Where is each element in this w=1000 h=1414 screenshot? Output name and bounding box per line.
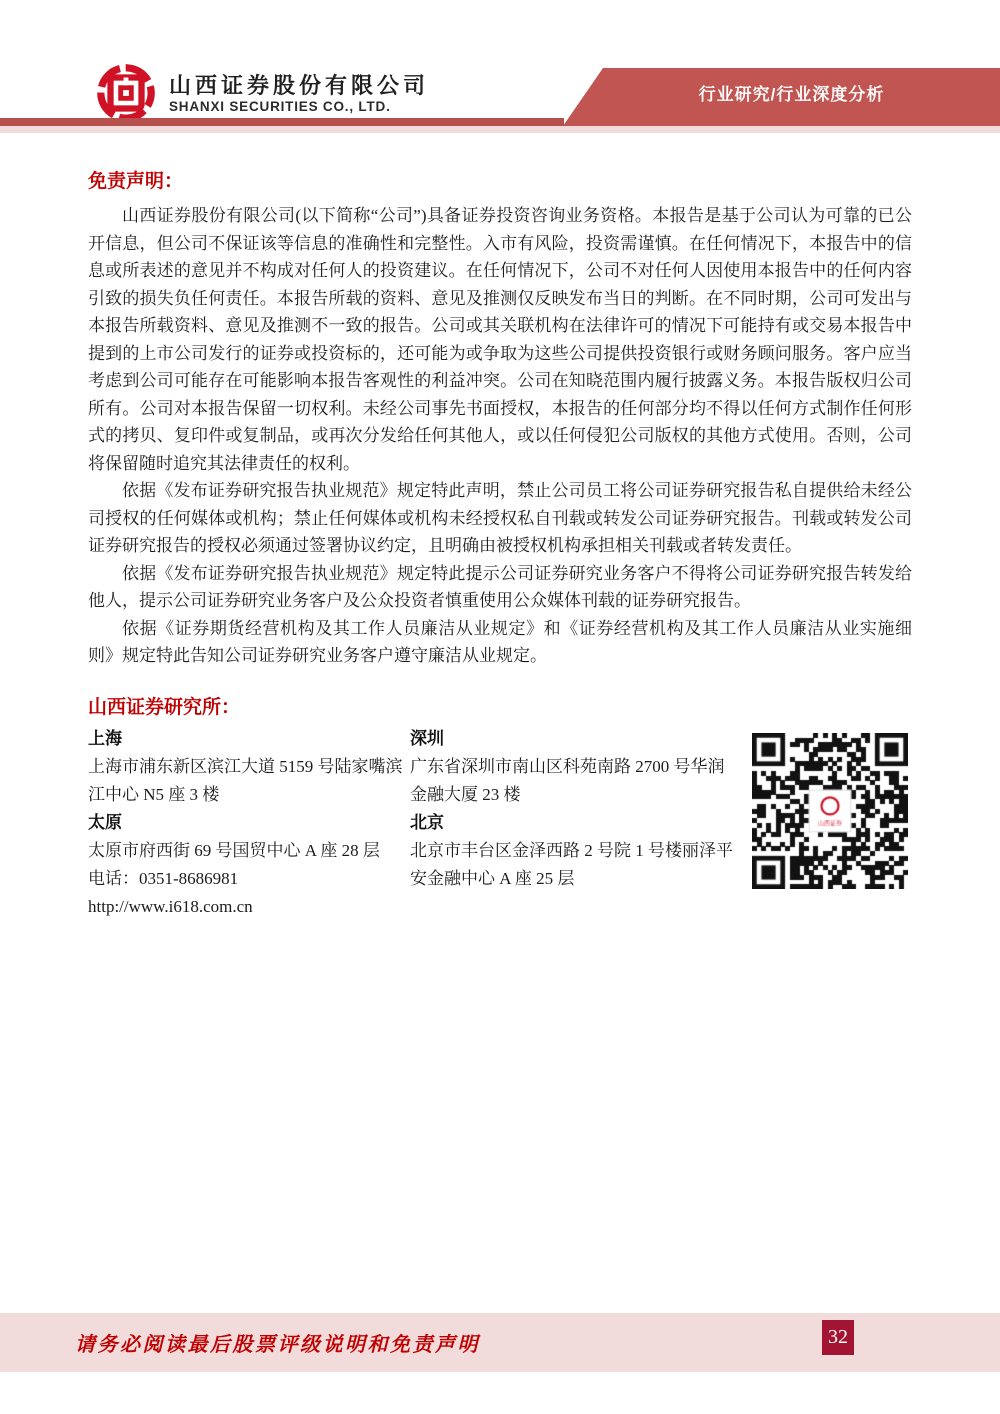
header-rule-red bbox=[0, 118, 564, 126]
office-city: 北京 bbox=[410, 809, 740, 837]
disclaimer-paragraph: 依据《证券期货经营机构及其工作人员廉洁从业规定》和《证券经营机构及其工作人员廉洁… bbox=[88, 615, 912, 670]
office-address: 太原市府西街 69 号国贸中心 A 座 28 层 bbox=[88, 837, 410, 865]
office-city: 太原 bbox=[88, 809, 410, 837]
office-shanghai: 上海 上海市浦东新区滨江大道 5159 号陆家嘴滨江中心 N5 座 3 楼 bbox=[88, 725, 410, 809]
company-name-cn: 山西证券股份有限公司 bbox=[169, 72, 429, 100]
disclaimer-paragraph: 依据《发布证券研究报告执业规范》规定特此提示公司证券研究业务客户不得将公司证券研… bbox=[88, 560, 912, 615]
disclaimer-heading: 免责声明： bbox=[88, 166, 912, 193]
qrcode-canvas bbox=[752, 733, 908, 889]
office-address: 北京市丰台区金泽西路 2 号院 1 号楼丽泽平安金融中心 A 座 25 层 bbox=[410, 837, 740, 893]
disclaimer-paragraph: 山西证券股份有限公司(以下简称“公司”)具备证券投资咨询业务资格。本报告是基于公… bbox=[88, 202, 912, 477]
company-coin-logo-icon bbox=[95, 62, 157, 124]
main-content: 免责声明： 山西证券股份有限公司(以下简称“公司”)具备证券投资咨询业务资格。本… bbox=[88, 166, 912, 921]
footer-band: 请务必阅读最后股票评级说明和免责声明 32 bbox=[0, 1313, 1000, 1372]
office-phone: 电话：0351-8686981 bbox=[88, 865, 410, 893]
office-website-link[interactable]: http://www.i618.com.cn bbox=[88, 893, 410, 921]
brand: 山西证券股份有限公司 SHANXI SECURITIES CO., LTD. bbox=[95, 62, 429, 124]
office-beijing: 北京 北京市丰台区金泽西路 2 号院 1 号楼丽泽平安金融中心 A 座 25 层 bbox=[410, 809, 740, 921]
page-number-badge: 32 bbox=[822, 1320, 854, 1355]
office-address: 上海市浦东新区滨江大道 5159 号陆家嘴滨江中心 N5 座 3 楼 bbox=[88, 753, 410, 809]
office-taiyuan: 太原 太原市府西街 69 号国贸中心 A 座 28 层 电话：0351-8686… bbox=[88, 809, 410, 921]
report-type-banner: 行业研究/行业深度分析 bbox=[563, 68, 1000, 126]
office-shenzhen: 深圳 广东省深圳市南山区科苑南路 2700 号华润金融大厦 23 楼 bbox=[410, 725, 740, 809]
disclaimer-body: 山西证券股份有限公司(以下简称“公司”)具备证券投资咨询业务资格。本报告是基于公… bbox=[88, 202, 912, 670]
brand-text: 山西证券股份有限公司 SHANXI SECURITIES CO., LTD. bbox=[169, 72, 429, 115]
company-name-en: SHANXI SECURITIES CO., LTD. bbox=[169, 99, 429, 114]
wechat-qrcode bbox=[752, 733, 908, 889]
office-city: 深圳 bbox=[410, 725, 740, 753]
office-city: 上海 bbox=[88, 725, 410, 753]
institute-heading: 山西证券研究所： bbox=[88, 692, 912, 719]
research-institute-section: 山西证券研究所： 上海 上海市浦东新区滨江大道 5159 号陆家嘴滨江中心 N5… bbox=[88, 692, 912, 921]
report-type-label: 行业研究/行业深度分析 bbox=[603, 68, 980, 116]
office-address: 广东省深圳市南山区科苑南路 2700 号华润金融大厦 23 楼 bbox=[410, 753, 740, 809]
office-list: 上海 上海市浦东新区滨江大道 5159 号陆家嘴滨江中心 N5 座 3 楼 深圳… bbox=[88, 725, 912, 921]
footer-notice: 请务必阅读最后股票评级说明和免责声明 bbox=[75, 1313, 480, 1372]
report-page: 山西证券股份有限公司 SHANXI SECURITIES CO., LTD. 行… bbox=[0, 0, 1000, 1414]
disclaimer-paragraph: 依据《发布证券研究报告执业规范》规定特此声明，禁止公司员工将公司证券研究报告私自… bbox=[88, 477, 912, 560]
header-rule-pink bbox=[0, 126, 1000, 133]
